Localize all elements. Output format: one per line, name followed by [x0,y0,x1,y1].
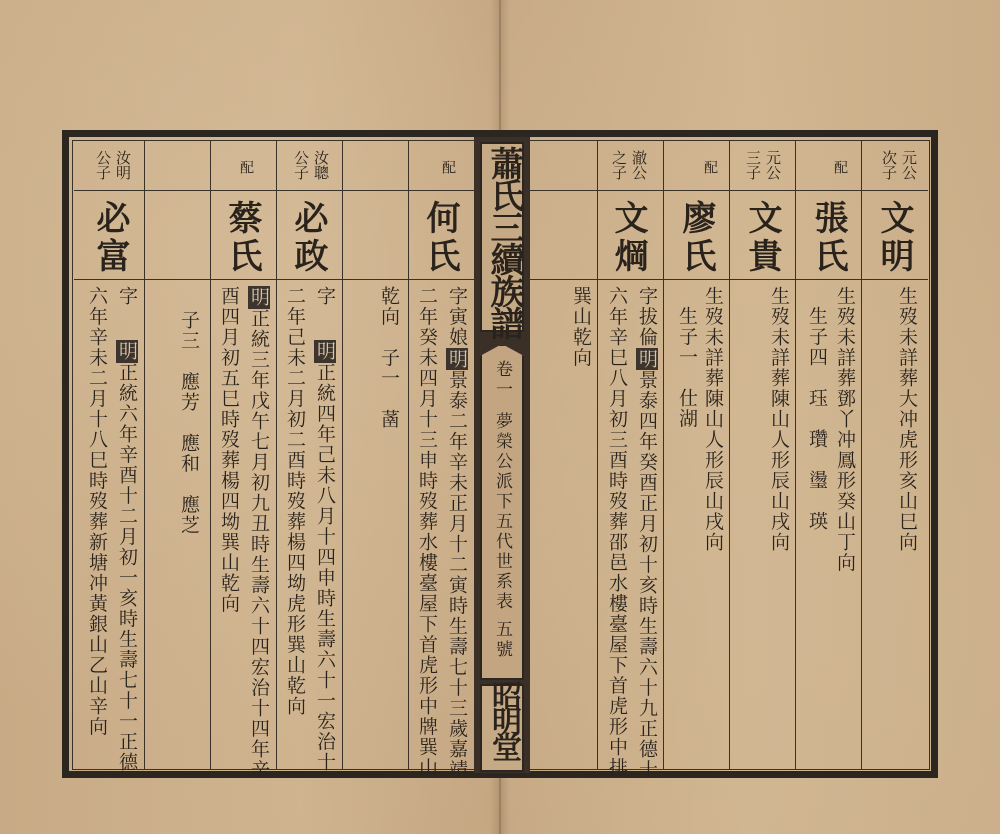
spouse-marker: 配 [438,160,458,174]
lineage-note: 汝明 [114,150,131,180]
person-name: 文貴 [744,200,780,276]
person-name: 張氏 [810,200,846,276]
person-name: 蔡氏 [224,200,260,276]
record-text: 生歿未詳葬大冲虎形亥山巳向 [896,286,918,553]
col-divider [861,141,862,769]
death-record: 二年己未二月初二酉時歿葬楊四坳虎形巽山乾向 [284,286,306,717]
birth-record: 正統六年辛酉十二月初一亥時生壽七十一正德 [116,363,138,773]
person-name: 廖氏 [678,200,714,276]
record-text: 字寅娘明景泰二年辛未正月十二寅時生壽七十三歲嘉靖 [446,286,468,780]
death-record: 六年辛巳八月初三酉時歿葬邵邑水樓臺屋下首虎形中排 [606,286,628,778]
dynasty-mark: 明 [116,340,138,363]
col-divider [597,141,598,769]
volume-label: 卷一 [492,360,512,400]
hall-name: 昭明堂 [486,680,520,758]
person-name: 文明 [876,200,912,276]
lineage-note: 公子 [94,150,111,180]
death-record: 六年辛未二月十八巳時歿葬新塘冲黃銀山乙山辛向 [86,286,108,737]
birth-record: 景泰四年癸酉正月初十亥時生壽六十九正德十 [636,370,658,780]
col-divider [210,141,211,769]
children-record: 子三 應芳 應和 應芝 [178,310,200,536]
lineage-note: 三子 [744,150,761,180]
record-text: 字拔倫明景泰四年癸酉正月初十亥時生壽六十九正德十 [636,286,658,780]
children-record: 生子一 仕湖 [676,306,698,429]
birth-record: 景泰二年辛未正月十二寅時生壽七十三歲嘉靖 [446,370,468,780]
record-text: 明正統三年戊午七月初九丑時生壽六十四宏治十四年辛 [248,286,270,780]
lineage-note: 元公 [764,150,781,180]
record-text: 明正統六年辛酉十二月初一亥時生壽七十一正德 [116,340,138,773]
record-text: 字 [116,286,138,307]
birth-record: 正統四年己未八月十四申時生壽六十一宏治十 [314,363,336,773]
col-divider [795,141,796,769]
dynasty-mark: 明 [446,348,468,371]
courtesy-name: 字 [116,286,138,307]
spouse-marker: 配 [236,160,256,174]
person-name: 必富 [92,200,128,276]
children-record: 乾向 子一 䓿 [378,286,400,430]
spouse-marker: 配 [830,160,850,174]
person-name: 必政 [290,200,326,276]
lineage-note: 次子 [880,150,897,180]
continuation-record: 巽山乾向 [570,286,592,368]
col-divider [276,141,277,769]
record-text: 生歿未詳葬陳山人形辰山戌向 [768,286,790,553]
dynasty-mark: 明 [248,286,270,309]
person-name: 文焵 [610,200,646,276]
lineage-note: 之子 [610,150,627,180]
section-label: 夢榮公派下五代世系表 [492,412,512,612]
person-name: 何氏 [422,200,458,276]
col-divider [144,141,145,769]
col-divider [729,141,730,769]
spouse-marker: 配 [700,160,720,174]
birth-record: 正統三年戊午七月初九丑時生壽六十四宏治十四年辛 [248,309,270,781]
children-record: 生子四 珏 瓚 璗 瑛 [806,306,828,532]
courtesy-name: 字寅娘 [446,286,468,348]
courtesy-name: 字拔倫 [636,286,658,348]
lineage-note: 澈公 [630,150,647,180]
header-rule-left [74,190,474,191]
col-divider [408,141,409,769]
dynasty-mark: 明 [314,340,336,363]
record-text: 明正統四年己未八月十四申時生壽六十一宏治十 [314,340,336,773]
record-text: 生歿未詳葬陳山人形辰山戌向 [702,286,724,553]
lineage-note: 公子 [292,150,309,180]
lineage-note: 元公 [900,150,917,180]
page-number: 五號 [492,620,512,660]
courtesy-name: 字 [314,286,336,307]
record-text: 生歿未詳葬鄧丫冲鳳形癸山丁向 [834,286,856,573]
name-rule-left [74,279,474,280]
col-divider [342,141,343,769]
death-record: 酉四月初五巳時歿葬楊四坳巽山乾向 [218,286,240,614]
death-record: 二年癸未四月十三申時歿葬水樓臺屋下首虎形中牌巽山 [416,286,438,778]
book-title: 蕭氏三續族譜 [484,146,524,338]
col-divider [663,141,664,769]
dynasty-mark: 明 [636,348,658,371]
lineage-note: 汝聰 [312,150,329,180]
